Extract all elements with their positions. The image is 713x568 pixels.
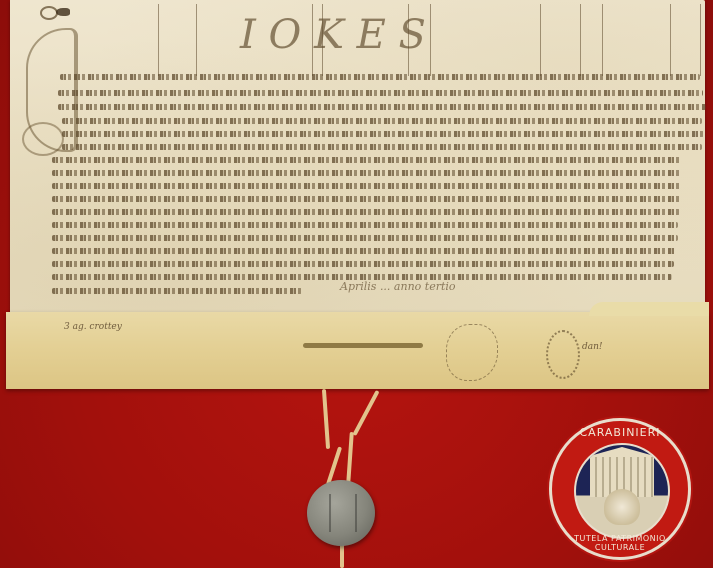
heading-initials: I O K E S: [240, 12, 426, 58]
logo-bottom-text: TUTELA PATRIMONIO CULTURALE: [552, 534, 688, 552]
text-line: [60, 74, 700, 80]
ruling-line: [580, 4, 581, 76]
ruling-line: [158, 4, 159, 76]
ruling-line: [540, 4, 541, 76]
oval-mark: [546, 330, 580, 379]
fold-signature: dan!: [582, 342, 603, 352]
text-line: [52, 209, 680, 215]
seal-cord-right-lower: [346, 432, 354, 484]
carabinieri-tpc-logo: CARABINIERI TUTELA PATRIMONIO CULTURALE: [549, 418, 691, 560]
notary-monogram: [446, 324, 498, 381]
text-line: [52, 288, 302, 294]
fold-edge: [589, 302, 709, 316]
logo-emblem: [574, 443, 670, 539]
text-line: [52, 196, 682, 202]
parchment-fold-plica: 3 ag. crottey dan!: [6, 312, 709, 389]
text-line: [52, 157, 682, 163]
text-line: [52, 222, 678, 228]
cord-slot: [303, 343, 423, 348]
text-line: [52, 261, 674, 267]
ruling-line: [602, 4, 603, 76]
ruling-line: [700, 4, 701, 76]
text-line: [58, 104, 706, 110]
text-line: [52, 183, 682, 189]
seal-cord-left: [322, 389, 330, 449]
text-line: [62, 131, 704, 137]
text-line: [52, 248, 676, 254]
ruling-line: [430, 4, 431, 76]
text-line: [58, 90, 703, 96]
text-line: [62, 118, 702, 124]
parchment-document: I O K E S Aprilis ... anno tertio: [10, 0, 705, 320]
lead-seal-bulla: [307, 480, 375, 546]
text-line: [52, 235, 678, 241]
logo-top-text: CARABINIERI: [552, 426, 688, 439]
manuscript-text: I O K E S Aprilis ... anno tertio: [10, 0, 705, 320]
flourish-ornament: [40, 6, 58, 20]
text-line: [62, 144, 702, 150]
text-line: [52, 170, 682, 176]
grenade-flame-icon: [604, 489, 640, 525]
closing-line: Aprilis ... anno tertio: [340, 280, 456, 293]
seal-cord-right: [352, 390, 379, 436]
fold-annotation: 3 ag. crottey: [64, 322, 122, 332]
ruling-line: [196, 4, 197, 76]
ruling-line: [670, 4, 671, 76]
